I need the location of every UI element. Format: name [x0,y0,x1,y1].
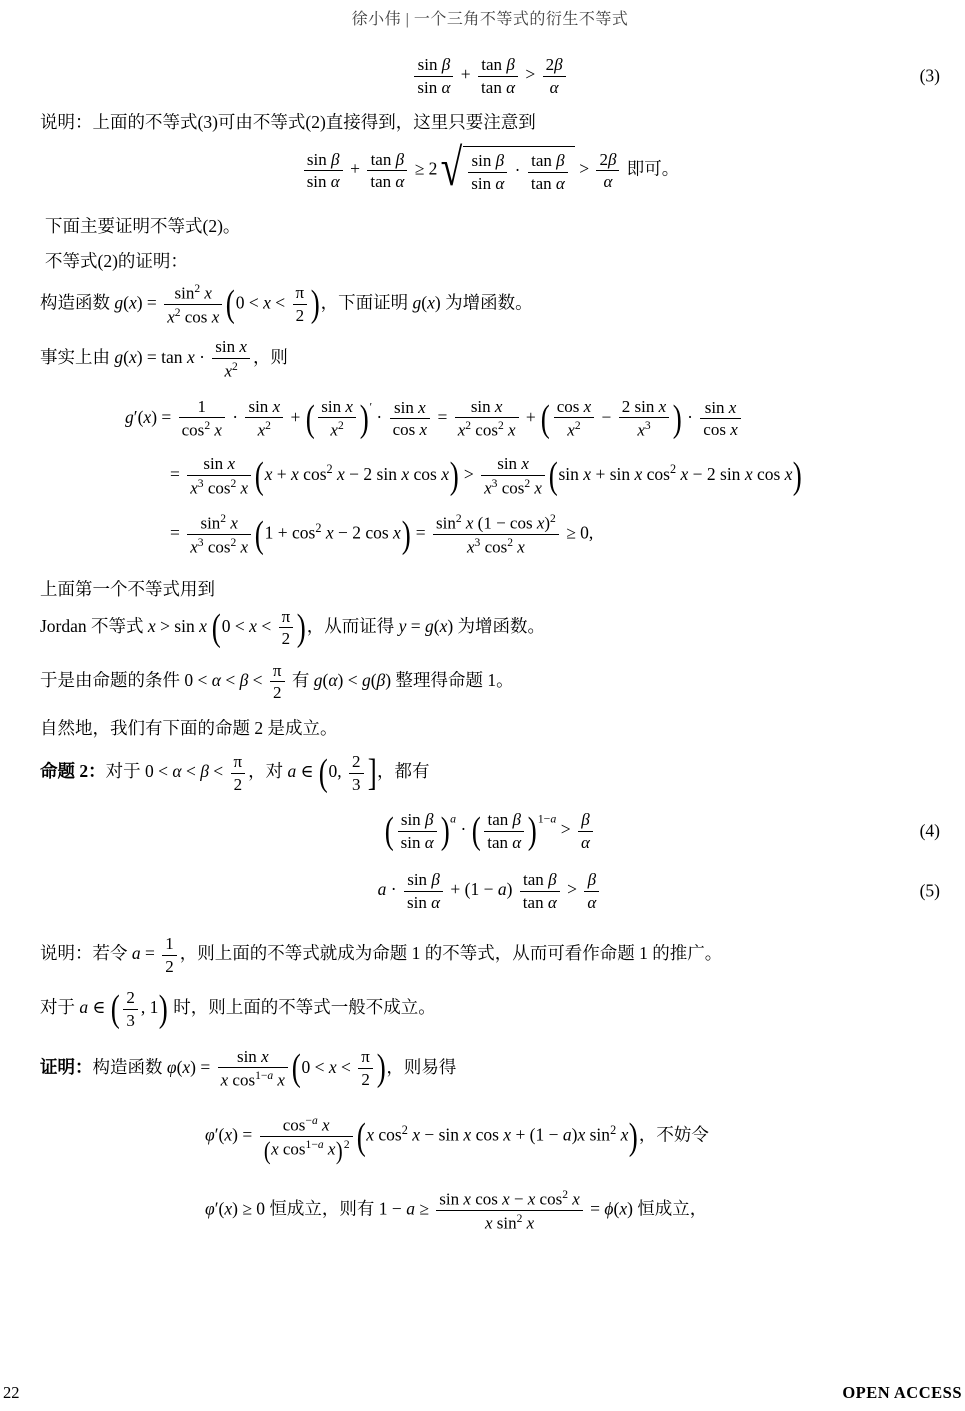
paragraph-range-a: 对于 a ∈ (23, 1) 时，则上面的不等式一般不成立。 [40,986,940,1032]
equation-amgm-formula: sin βsin α + tan βtan α ≥ 2√sin βsin α ·… [301,146,680,195]
equation-3-formula: sin βsin α + tan βtan α > 2βα [411,53,568,99]
paragraph-note-a: 说明：若令 a = 12，则上面的不等式就成为命题 1 的不等式，从而可看作命题… [40,932,940,978]
equation-3: sin βsin α + tan βtan α > 2βα (3) [40,53,940,99]
paragraph-note-eq3: 说明：上面的不等式(3)可由不等式(2)直接得到，这里只要注意到 [40,109,940,136]
paragraph-first-inequality: 上面第一个不等式用到 [40,576,940,603]
equation-4: (sin βsin α)a · (tan βtan α)1−a > βα (4) [40,808,940,854]
paragraph-condition: 于是由命题的条件 0 < α < β < π2 有 g(α) < g(β) 整理… [40,659,940,705]
equation-phi-derivative: φ′(x) = cos−a x(x cos1−a x)2(x cos2 x − … [205,1112,940,1161]
paragraph-proof-title: 不等式(2)的证明： [45,248,940,275]
page-footer: 22 OPEN ACCESS [0,1383,965,1403]
paragraph-jordan: Jordan 不等式 x > sin x (0 < x < π2)，从而证得 y… [40,605,940,651]
equation-phi-condition: φ′(x) ≥ 0 恒成立，则有 1 − a ≥ sin x cos x − x… [205,1186,940,1235]
equation-4-formula: (sin βsin α)a · (tan βtan α)1−a > βα [384,808,596,854]
open-access-label: OPEN ACCESS [842,1383,962,1403]
derivation-line-3: = sin2 xx3 cos2 x(1 + cos2 x − 2 cos x) … [170,510,940,559]
equation-5: a · sin βsin α + (1 − a) tan βtan α > βα… [40,868,940,914]
paragraph-natural: 自然地，我们有下面的命题 2 是成立。 [40,715,940,742]
equation-3-number: (3) [920,66,940,87]
paragraph-fact: 事实上由 g(x) = tan x · sin xx2，则 [40,335,940,383]
equation-amgm: sin βsin α + tan βtan α ≥ 2√sin βsin α ·… [40,146,940,195]
paragraph-main-proof: 下面主要证明不等式(2)。 [45,213,940,240]
paragraph-proposition-2: 命题 2：对于 0 < α < β < π2，对 a ∈ (0, 23]，都有 [40,750,940,796]
derivation-line-2: = sin xx3 cos2 x(x + x cos2 x − 2 sin x … [170,452,940,500]
equation-5-formula: a · sin βsin α + (1 − a) tan βtan α > βα [378,868,603,914]
equation-5-number: (5) [920,881,940,902]
page-number: 22 [3,1383,20,1403]
paragraph-proof-2: 证明：构造函数 φ(x) = sin xx cos1−a x(0 < x < π… [40,1045,940,1093]
derivation-block: g′(x) = 1cos2 x · sin xx2 + (sin xx2)′ ·… [125,395,940,560]
paragraph-construct-g: 构造函数 g(x) = sin2 xx2 cos x(0 < x < π2)，下… [40,280,940,329]
equation-4-number: (4) [920,821,940,842]
running-header: 徐小伟 | 一个三角不等式的衍生不等式 [40,6,940,29]
paper-page: 徐小伟 | 一个三角不等式的衍生不等式 sin βsin α + tan βta… [0,0,965,1411]
derivation-line-1: g′(x) = 1cos2 x · sin xx2 + (sin xx2)′ ·… [125,395,940,443]
